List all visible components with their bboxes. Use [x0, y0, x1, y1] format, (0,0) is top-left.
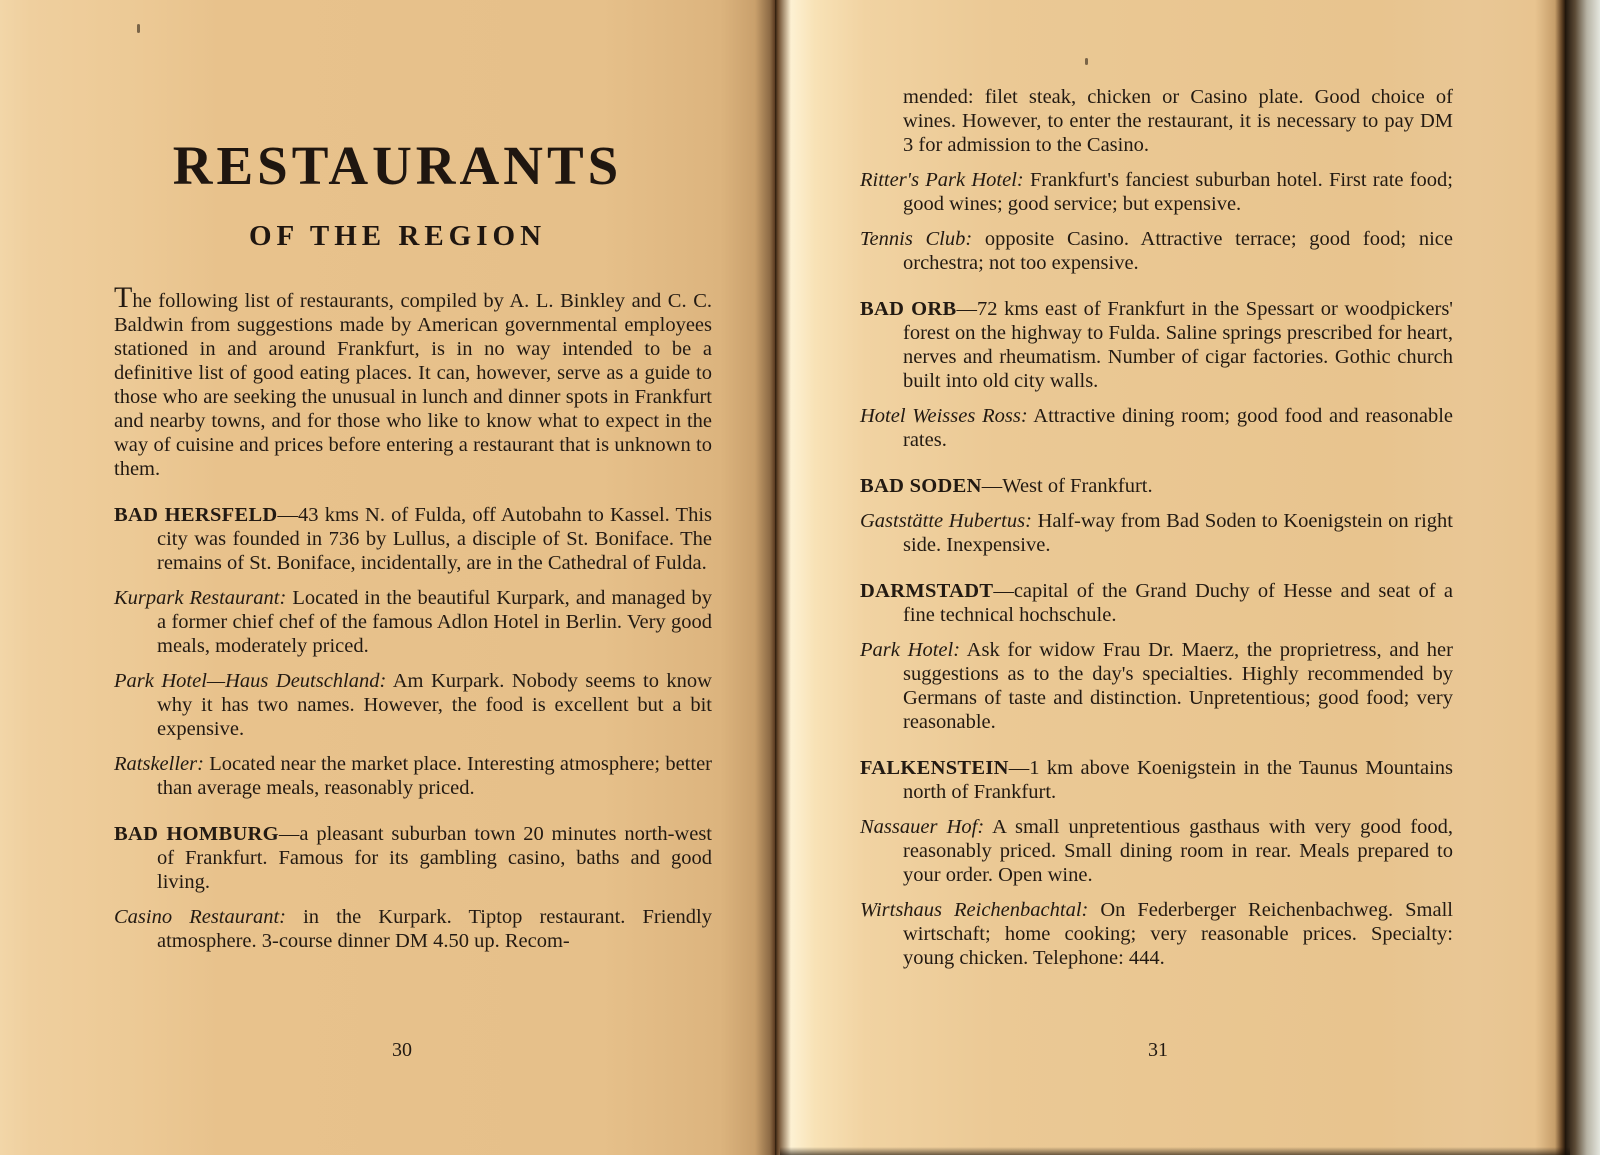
- restaurant-name: Casino Restaurant:: [114, 906, 286, 928]
- restaurant-name: Tennis Club:: [860, 228, 972, 250]
- restaurant-name: Kurpark Restaurant:: [114, 587, 286, 609]
- left-column: The following list of restaurants, compi…: [114, 288, 712, 964]
- town-entry-darmstadt: DARMSTADT—capital of the Grand Duchy of …: [860, 579, 1453, 627]
- town-entry-bad-soden: BAD SODEN—West of Frankfurt.: [860, 474, 1453, 498]
- town-name: FALKENSTEIN: [860, 757, 1009, 779]
- restaurant-entry: Park Hotel: Ask for widow Frau Dr. Maerz…: [860, 638, 1453, 734]
- right-column: mended: filet steak, chicken or Casino p…: [860, 85, 1453, 981]
- restaurant-entry: Kurpark Restaurant: Located in the beaut…: [114, 586, 712, 658]
- town-entry-bad-homburg: BAD HOMBURG—a pleasant suburban town 20 …: [114, 822, 712, 894]
- drop-cap: T: [114, 281, 132, 314]
- continued-text: mended: filet steak, chicken or Casino p…: [860, 85, 1453, 157]
- restaurant-entry: Tennis Club: opposite Casino. Attractive…: [860, 227, 1453, 275]
- restaurant-entry: Casino Restaurant: in the Kurpark. Tipto…: [114, 905, 712, 953]
- restaurant-text: opposite Casino. Attractive terrace; goo…: [903, 228, 1453, 274]
- restaurant-name: Hotel Weisses Ross:: [860, 405, 1028, 427]
- restaurant-entry: Hotel Weisses Ross: Attractive dining ro…: [860, 404, 1453, 452]
- restaurant-text: Ask for widow Frau Dr. Maerz, the propri…: [903, 639, 1453, 733]
- town-name: BAD HOMBURG: [114, 823, 279, 845]
- restaurant-entry: Ritter's Park Hotel: Frankfurt's fancies…: [860, 168, 1453, 216]
- left-page: RESTAURANTS OF THE REGION The following …: [0, 0, 775, 1155]
- restaurant-entry: Park Hotel—Haus Deutschland: Am Kurpark.…: [114, 669, 712, 741]
- restaurant-name: Park Hotel:: [860, 639, 960, 661]
- town-entry-falkenstein: FALKENSTEIN—1 km above Koenigstein in th…: [860, 756, 1453, 804]
- town-description: —72 kms east of Frankfurt in the Spessar…: [903, 298, 1453, 392]
- page-title: RESTAURANTS: [0, 138, 775, 193]
- restaurant-name: Gaststätte Hubertus:: [860, 510, 1032, 532]
- page-number: 30: [372, 1040, 432, 1060]
- restaurant-name: Ritter's Park Hotel:: [860, 169, 1024, 191]
- town-entry-bad-hersfeld: BAD HERSFELD—43 kms N. of Fulda, off Aut…: [114, 503, 712, 575]
- town-name: BAD ORB: [860, 298, 957, 320]
- page-subtitle: OF THE REGION: [0, 222, 775, 251]
- restaurant-text: Located near the market place. Interesti…: [157, 753, 712, 799]
- restaurant-entry: Wirtshaus Reichenbachtal: On Federberger…: [860, 898, 1453, 970]
- book-spread: RESTAURANTS OF THE REGION The following …: [0, 0, 1600, 1155]
- restaurant-name: Wirtshaus Reichenbachtal:: [860, 899, 1088, 921]
- restaurant-name: Nassauer Hof:: [860, 816, 984, 838]
- town-name: BAD HERSFELD: [114, 504, 278, 526]
- restaurant-entry: Ratskeller: Located near the market plac…: [114, 752, 712, 800]
- intro-paragraph: The following list of restaurants, compi…: [114, 288, 712, 481]
- book-edge: [1565, 0, 1600, 1155]
- restaurant-text: A small unpretentious gasthaus with very…: [903, 816, 1453, 886]
- restaurant-entry: Gaststätte Hubertus: Half-way from Bad S…: [860, 509, 1453, 557]
- paper-speck: [137, 24, 140, 33]
- town-description: —West of Frankfurt.: [982, 475, 1153, 497]
- intro-text: he following list of restaurants, compil…: [114, 290, 712, 480]
- page-shadow: [780, 1147, 1570, 1155]
- restaurant-name: Ratskeller:: [114, 753, 204, 775]
- page-number: 31: [1128, 1040, 1188, 1060]
- restaurant-entry: Nassauer Hof: A small unpretentious gast…: [860, 815, 1453, 887]
- town-entry-bad-orb: BAD ORB—72 kms east of Frankfurt in the …: [860, 297, 1453, 393]
- town-name: DARMSTADT: [860, 580, 993, 602]
- town-name: BAD SODEN: [860, 475, 982, 497]
- restaurant-name: Park Hotel—Haus Deutschland:: [114, 670, 386, 692]
- paper-speck: [1085, 58, 1088, 65]
